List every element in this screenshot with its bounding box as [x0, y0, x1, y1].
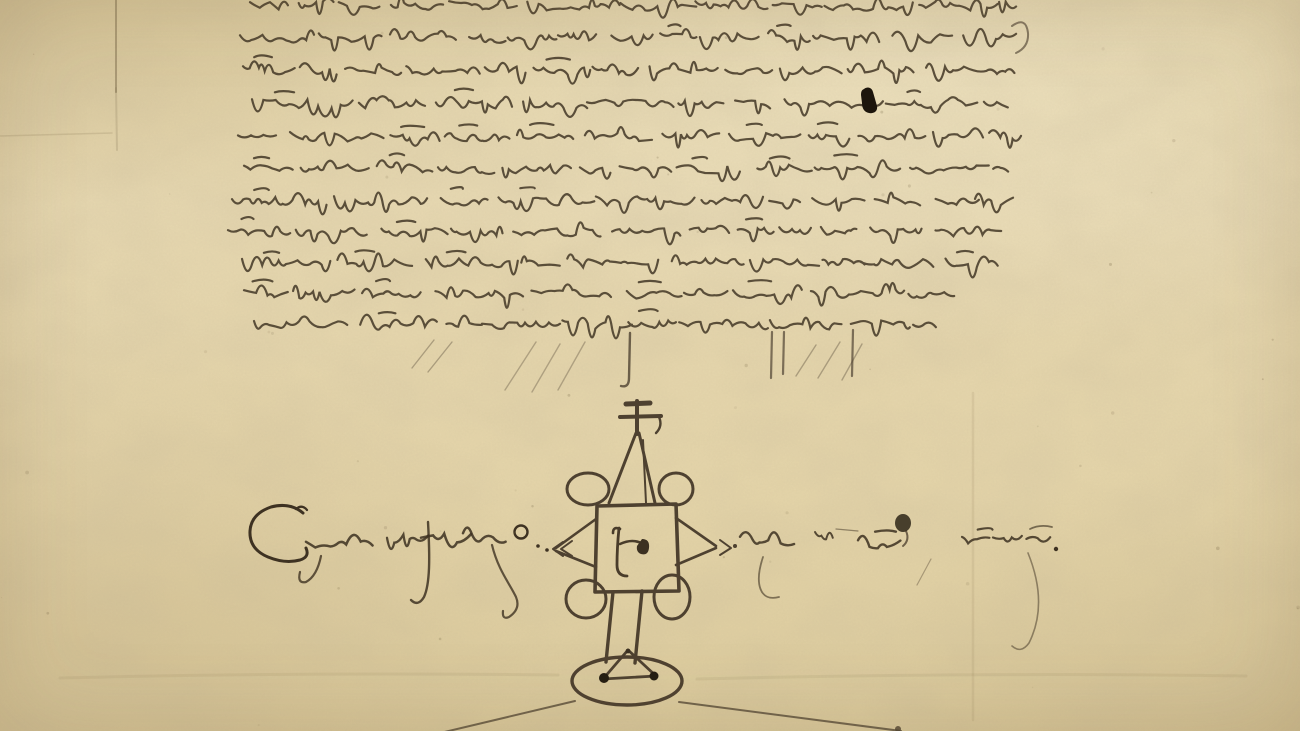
- paper-speck: [384, 526, 387, 529]
- caption-dot-1: [536, 544, 540, 548]
- paper-speck: [869, 368, 871, 370]
- paper-speck: [531, 505, 533, 507]
- paper-speck: [792, 160, 793, 161]
- paper-speck: [1262, 378, 1264, 380]
- paper-speck: [667, 173, 669, 175]
- paper-speck: [514, 324, 515, 325]
- paper-speck: [439, 638, 442, 641]
- caption-period: [1054, 547, 1058, 551]
- paper-speck: [515, 489, 517, 491]
- paper-speck: [440, 530, 442, 532]
- paper-speck: [204, 350, 207, 353]
- paper-speck: [769, 561, 771, 563]
- paper-speck: [1032, 687, 1034, 689]
- sign-arm-dot-right: [733, 544, 737, 548]
- paper-speck: [357, 460, 359, 462]
- paper-speck: [880, 111, 883, 114]
- paper-speck: [697, 231, 699, 233]
- paper-speck: [881, 193, 884, 196]
- paper-speck: [1111, 411, 1114, 414]
- paper-speck: [1101, 47, 1104, 50]
- paper-speck: [1272, 339, 1274, 341]
- sign-base-dot-left: [599, 673, 609, 683]
- paper-speck: [1037, 426, 1039, 428]
- paper-speck: [1172, 139, 1175, 142]
- flourish-descender-c: [852, 330, 853, 376]
- paper-speck: [1151, 192, 1153, 194]
- paper-speck: [567, 394, 570, 397]
- caption-dot-2: [545, 548, 549, 552]
- paper-speck: [385, 176, 388, 179]
- paper-speck: [169, 193, 171, 195]
- paper-speck: [33, 54, 34, 55]
- sign-cross-arm: [620, 416, 661, 417]
- margin-ruling-left-fade: [116, 88, 117, 150]
- manuscript-art: [0, 0, 1300, 731]
- paper-speck: [1079, 465, 1082, 468]
- paper-speck: [1109, 263, 1112, 266]
- paper-speck: [46, 612, 49, 615]
- paper-speck: [258, 724, 260, 726]
- paper-speck: [657, 157, 659, 159]
- paper-speck: [786, 511, 789, 514]
- sign-base-dot-right: [650, 672, 659, 681]
- paper-grain: [0, 0, 1300, 731]
- paper-speck: [1216, 546, 1220, 550]
- paper-speck: [1296, 606, 1300, 610]
- paper-speck: [734, 406, 737, 409]
- paper-speck: [381, 32, 384, 35]
- paper-speck: [271, 332, 274, 335]
- paper-speck: [594, 559, 596, 561]
- paper-speck: [745, 364, 748, 367]
- parchment-page: [0, 0, 1300, 731]
- sign-base-dot-apex: [626, 649, 631, 654]
- paper-speck: [513, 532, 516, 535]
- paper-speck: [337, 587, 340, 590]
- paper-speck: [997, 108, 1000, 111]
- paper-speck: [966, 582, 970, 586]
- paper-speck: [1, 597, 2, 598]
- paper-speck: [725, 36, 728, 39]
- paper-speck: [723, 556, 725, 558]
- superscript-blob: [895, 514, 911, 532]
- paper-speck: [908, 184, 911, 187]
- paper-speck: [25, 471, 29, 475]
- paper-speck: [267, 331, 270, 334]
- paper-speck: [522, 308, 525, 311]
